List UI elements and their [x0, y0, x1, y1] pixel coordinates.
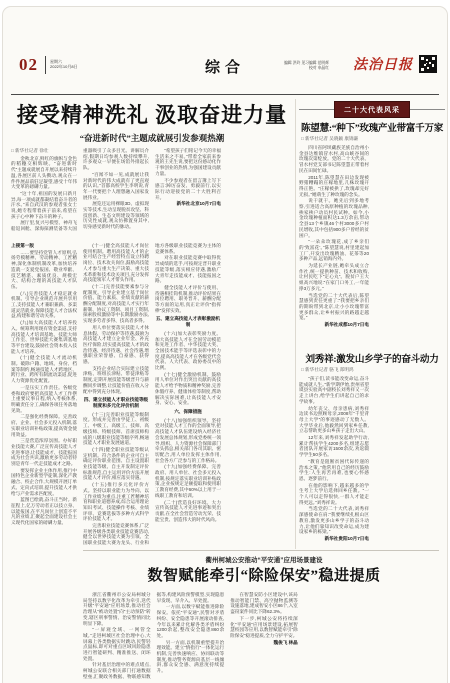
feature-box-line-right — [410, 109, 445, 110]
paragraph: 浙江省衢州市公安局柯城分局坚持以数字化改革为牵引,迭代升级“平安通”应用场景,推… — [83, 592, 151, 626]
paragraph: 一是压实工作责任。各级党委和政府要把高技能人才工作摆上重要议事日程,纳入考核体系… — [11, 385, 77, 414]
paragraph: 说干就干。她先后到多地考察,引进适合高原种植的玫瑰品种,挨家挨户动员村民试种。如… — [299, 198, 369, 238]
rep-article-1-byline: □ 新华社记者 吴晓颖 康锦谦 — [301, 136, 443, 142]
paragraph: 在智慧安防小区建设中,该局推动智能门禁、高空抛物监测等设施落地,建成智安小区86… — [230, 592, 298, 615]
paragraph: (十二)完善技能要素参与分配制度。引导企业建立基于岗位价值、能力素质、业绩贡献的… — [83, 284, 149, 324]
paragraph: 用人单位要落实技能人才休息休假、劳动保护等待遇,鼓励为高技能人才建立企业年金、补… — [83, 325, 149, 365]
paragraph: 幼年丧父、母亲患病,刘秀祥边读书边照顾母亲,2008年“千里背母上大学”的事迹感… — [299, 406, 369, 435]
section-heading: 六、保障措施 — [155, 409, 221, 415]
paragraph: 不少参观者在留言簿上写下感言:踔厉奋发、勇毅前行,以实际行动迎接党的二十大胜利召… — [155, 178, 221, 201]
paragraph: “教育是阻断贫困代际传递的治本之策。”他常用自己的经历鼓励学生:人生再苦再难,也… — [299, 459, 369, 482]
paragraph: 在他的影响下,越来越多的学生考上大学后选择回乡任教。“一个人可以走得很快,一群人… — [299, 483, 369, 506]
header-rule — [11, 94, 439, 95]
dateline: 魏俊飞 林晶 — [230, 640, 298, 646]
page-header: 02 星期六 2022年10月8日 综合 编辑 洪玲 见习编辑 范明辉 校对 申… — [11, 53, 439, 93]
rep-article-2-byline: □ 新华社记者 骆飞 郑明鸿 — [301, 367, 443, 373]
masthead: 法治日报 — [353, 54, 413, 74]
paragraph: (十六)加大表彰奖励力度。加大高技能人才在全国劳动模范和先进工作者、中华技能大奖… — [155, 331, 221, 371]
main-headline: 接受精神洗礼 汲取奋进力量 — [11, 99, 293, 129]
paragraph: 上接第一版 — [11, 243, 77, 249]
main-article-body: □ 新华社记者 徐壮 金秋北京,鲜红的旗帜与金色的稻穗交相辉映。“奋进新时代”主… — [11, 148, 293, 236]
paragraph: 支持企业结合实际建立技能津贴、班组长津贴、带徒津贴等制度,定期开展技能等级晋升与… — [83, 366, 149, 395]
paragraph: “一朵朵玫瑰花,成了乡亲们的‘致富花’。”陈望慧说,村里建起加工厂,开发出玫瑰精… — [299, 239, 369, 262]
dateline: 新华社北京10月7日电 — [155, 201, 221, 207]
rep-article-1-body: 四川省阿坝藏族羌族自治州小金县达维镇冒水村,高山峡谷间的玫瑰次第绽放。党的二十大… — [299, 145, 445, 341]
dateline: 新华社贵阳10月7日电 — [299, 536, 369, 542]
rep-article-2-body: “孩子们,读书能改变命运,奋斗能成就人生。”新学期伊始,贵州省望谟县实验高中副校… — [299, 376, 445, 547]
paragraph: 四川省阿坝藏族羌族自治州小金县达维镇冒水村,高山峡谷间的玫瑰次第绽放。党的二十大… — [299, 145, 369, 174]
paragraph: ……要坚持党管人才原则,弘扬劳模精神、劳动精神、工匠精神,深化体制机制改革,加快… — [11, 250, 77, 290]
feature-box-line-left — [299, 109, 334, 110]
continued-article-columns: (十一)健全高技能人才岗位使用机制。聘用高技能人才的企业可结合生产经营特点设立特… — [83, 243, 293, 548]
rep-article-1-headline: 陈望慧:“种下”玫瑰产业带富千万家 — [299, 120, 445, 134]
paragraph: 健全技能人才评价与使用、待遇相挂钩机制,推动评价结果在岗位聘用、职务晋升、薪酬分… — [155, 285, 221, 314]
paragraph: “这十年,祖国的发展日新月异,每一项成就都凝结着奋斗者的汗水。”来自武汉的参观者… — [11, 191, 77, 220]
paragraph: 三是营造浓厚氛围。办好职业技能大赛,广泛宣传高技能人才先进事迹,让技能成才、技能… — [11, 438, 77, 467]
paragraph: 12年来,刘秀祥发起助学行动,累计帮扶学生4200多名,组建志愿者团队开展家访1… — [299, 435, 369, 458]
rep-article-2-headline: 刘秀祥:激发山乡学子的奋斗动力 — [299, 351, 445, 365]
bottom-article-body: 浙江省衢州市公安局柯城分局坚持以数字化改革为牵引,迭代升级“平安通”应用场景,推… — [83, 592, 445, 683]
feature-box-label: 二十大代表风采 — [334, 101, 410, 118]
paragraph: (十五)推行多元化评价方式。坚持以职业能力为导向、以工作业绩为重点,注重工匠精神… — [83, 482, 149, 522]
paragraph: 当选党的二十大代表,刘秀祥深感使命在肩:“我要继续扎根山区教育,激发更多山乡学子… — [299, 506, 369, 535]
qr-code-icon — [419, 55, 437, 73]
paragraph: 展览还运用裸眼3D、虚拟现实等技术,生动呈现脱贫攻坚、科技创新、生态文明建设等领… — [83, 201, 149, 230]
paragraph: 二是强化经费保障。完善政府、企业、社会多元投入机制,落实职业培训补贴政策,提高资… — [11, 414, 77, 437]
paragraph: (八)完善技能人才稳定就业机制。引导企业规范开展共享用工,支持技能人才兼职兼薪、… — [11, 291, 77, 320]
paragraph: “孩子们,读书能改变命运,奋斗能成就人生。”新学期伊始,贵州省望谟县实验高中副校… — [299, 376, 369, 405]
bottom-article-headline: 数智赋能牵引“除险保安”稳进提质 — [83, 564, 445, 585]
dateline: 新华社成都10月7日电 — [299, 322, 369, 328]
paragraph: (十)健全技能人才流动机制。破除户籍、地域、身份、档案等制约,畅通技能人才跨地区… — [11, 355, 77, 384]
paragraph: 对在职业技能竞赛中取得优异成绩的选手,可按规定晋升职业技能等级,落实相应待遇,激… — [155, 255, 221, 284]
feature-box-row: 二十大代表风采 — [299, 101, 445, 118]
main-subhead: “奋进新时代”主题成就展引发参观热潮 — [11, 132, 293, 144]
section-heading: 四、建立技能人才职业技能等级制度和多元化评价机制 — [83, 397, 149, 408]
editors-block: 编辑 洪玲 见习编辑 范明辉 校对 申晶红 — [284, 61, 329, 71]
paragraph: (九)加大高技能人才培养投入。统筹利用现有资金渠道,支持高技能人才培训基地、技能… — [11, 320, 77, 354]
paragraph: (二十)营造良好环境。大力宣传高技能人才先进事迹和突出贡献,在全社会营造劳动光荣… — [155, 500, 221, 523]
editors-line2: 校对 申晶红 — [284, 66, 329, 71]
paragraph: (十一)健全高技能人才岗位使用机制。聘用高技能人才的企业可结合生产经营特点设立特… — [83, 243, 149, 283]
paragraph: “希望孩子们铭记今天的幸福生活来之不易。”带着全家前来参观的王先生说,要把这份感… — [155, 148, 221, 177]
paragraph: (十三)完善职业技能等级制度。形成并完善由学徒工、初级工、中级工、高级工、技师、… — [83, 412, 149, 446]
paragraph: (十七)健全激励机制。鼓励用人单位对作出突出贡献的高技能人才给予物质和精神奖励,… — [155, 372, 221, 406]
paragraph: 金秋北京,鲜红的旗帜与金色的稻穗交相辉映。“奋进新时代”主题成就展自开展以来持续… — [11, 156, 77, 190]
paragraph: (十八)加强组织领导。坚持党对技能人才工作的全面领导,把高技能人才队伍建设纳入经… — [155, 418, 221, 464]
paragraph: “百闻不如一见,成就展让我对新时代的伟大成就有了更直观的认识。”首都高校学生李明… — [83, 172, 149, 201]
paragraph: 2011年,陈望慧在田边发现被野猪糟蹋的庄稼地里,几株玫瑰开得正艳。“庄稼被拱了… — [299, 175, 369, 198]
column-rule — [295, 99, 296, 549]
paragraph: 蓝图已绘就,奋斗正当时。新征程上,亿万劳动者正以技立身、以能报国,在平凡岗位上创… — [11, 497, 77, 526]
main-byline: □ 新华社记者 徐壮 — [11, 148, 77, 154]
paragraph: 一方面,以数字赋能推进除险保安。依托“平安通”,民警对矛盾纠纷、安全隐患等开展滚… — [157, 604, 225, 638]
newspaper-page: 02 星期六 2022年10月8日 综合 编辑 洪玲 见习编辑 范明辉 校对 申… — [2, 6, 448, 683]
continued-article-col1: 上接第一版……要坚持党管人才原则,弘扬劳模精神、劳动精神、工匠精神,深化体制机制… — [11, 243, 77, 683]
paragraph: 另一方面,以机制重塑提升治理效能。建立“情指行”一体化运行机制,完善快速响应、协… — [157, 640, 225, 674]
bottom-article-rule — [83, 550, 439, 551]
paragraph: 当选党的二十大代表后,陈望慧感到责任更重了:“我要把乡亲们的期盼带到北京,让小小… — [299, 293, 369, 322]
paragraph: (十四)健全职业技能等级认定机制。符合条件的企业可自主确定评价职业范围、自主设置… — [83, 447, 149, 481]
bottom-article-kicker: 衢州柯城公安推动“平安通”应用场景建设 — [83, 555, 445, 564]
paragraph: 下一步,柯城公安将持续深化“平安通”应用场景建设,拓展智慧校园等应用,以数智赋能… — [230, 616, 298, 639]
section-heading: 五、建立高技能人才表彰激励机制 — [155, 316, 221, 327]
paragraph: 要发挥企业主体作用,推行中国特色企业新型学徒制,深化产教融合、校企合作,大规模开… — [11, 468, 77, 497]
paragraph: (十九)加强经费保障。完善政府、用人单位、社会多元投入机制,按规定落实职业培训补… — [155, 464, 221, 498]
paragraph: 为延长产业链,她牵头成立合作社,统一提供种苗、技术和收购,让村民吃下“定心丸”。… — [299, 263, 369, 292]
paragraph: “一屏观全域、一网管全城。”走进柯城区社会治理中心,大屏幕上各类数据实时跳动,民… — [83, 627, 151, 661]
